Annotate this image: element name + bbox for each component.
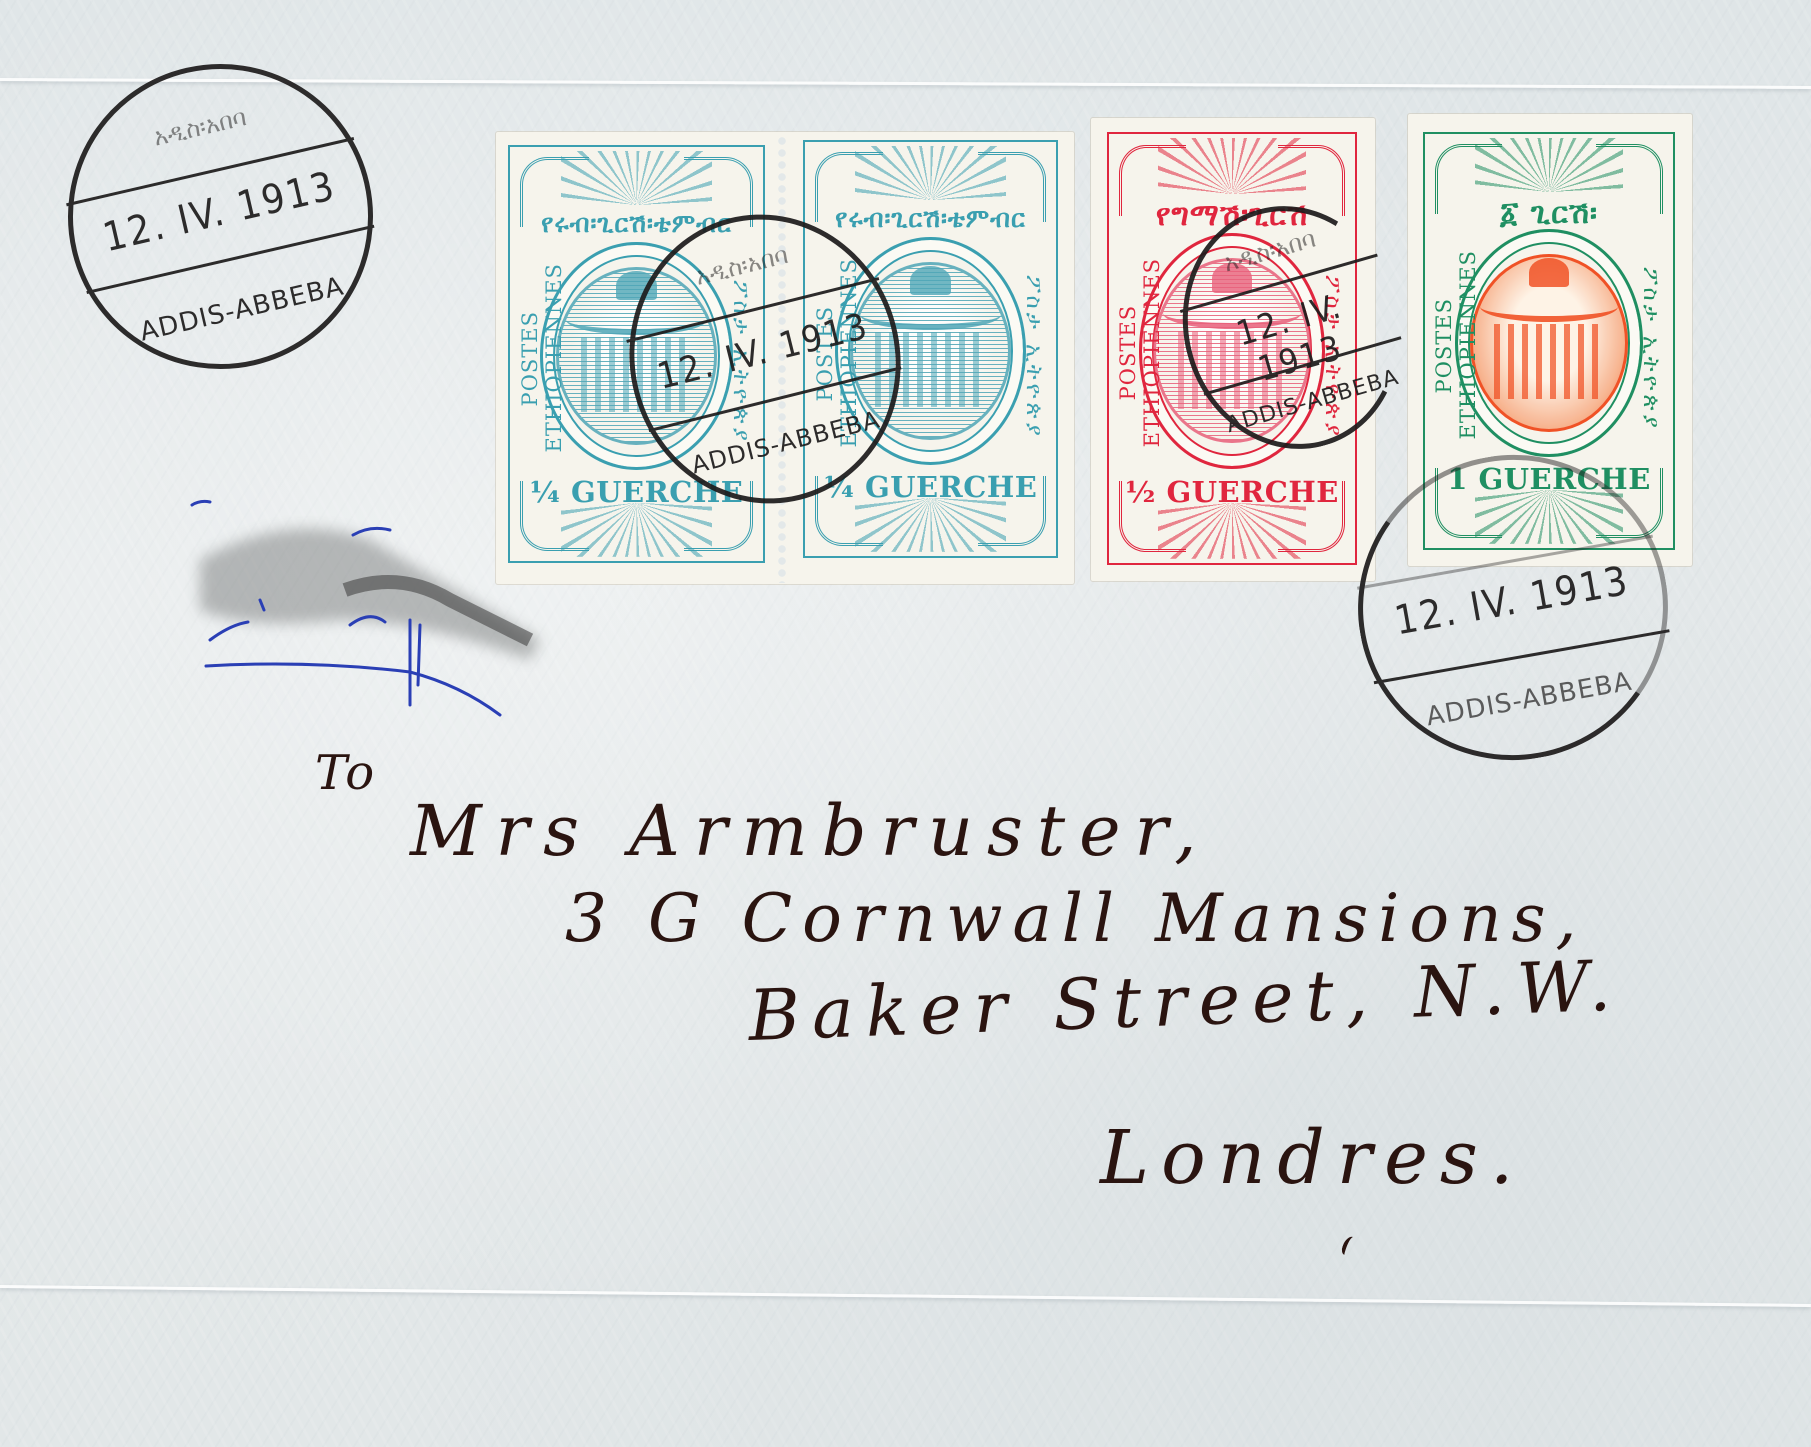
address-city: Londres.: [1100, 1115, 1525, 1201]
address-name: Mrs Armbruster,: [410, 790, 1211, 872]
stamp-amharic-side: ፖስታ ኢትዮጵያ: [1026, 274, 1046, 440]
postmark-date: 12. IV. 1913: [71, 157, 369, 268]
stamp-country-text: POSTES ETHIOPIENNES: [1116, 254, 1141, 451]
address-prefix: To: [315, 745, 376, 801]
stamp-country-text: POSTES ETHIOPIENNES: [1432, 250, 1457, 440]
stamp-amharic-title: ፩ ጊርሽ፡: [1425, 196, 1673, 231]
pencil-mark: [170, 490, 590, 730]
stamp-value: ½ GUERCHE: [1109, 475, 1355, 509]
postmark-date: 12. IV. 1913: [1360, 552, 1663, 649]
stamp-country-text: POSTES ETHIOPIENNES: [518, 263, 543, 453]
stamp-amharic-side: ፖስታ ኢትዮጵያ: [1643, 266, 1663, 432]
address-line1: 3 G Cornwall Mansions,: [565, 880, 1587, 957]
postmark-date: 12. IV. 1913: [632, 300, 894, 403]
